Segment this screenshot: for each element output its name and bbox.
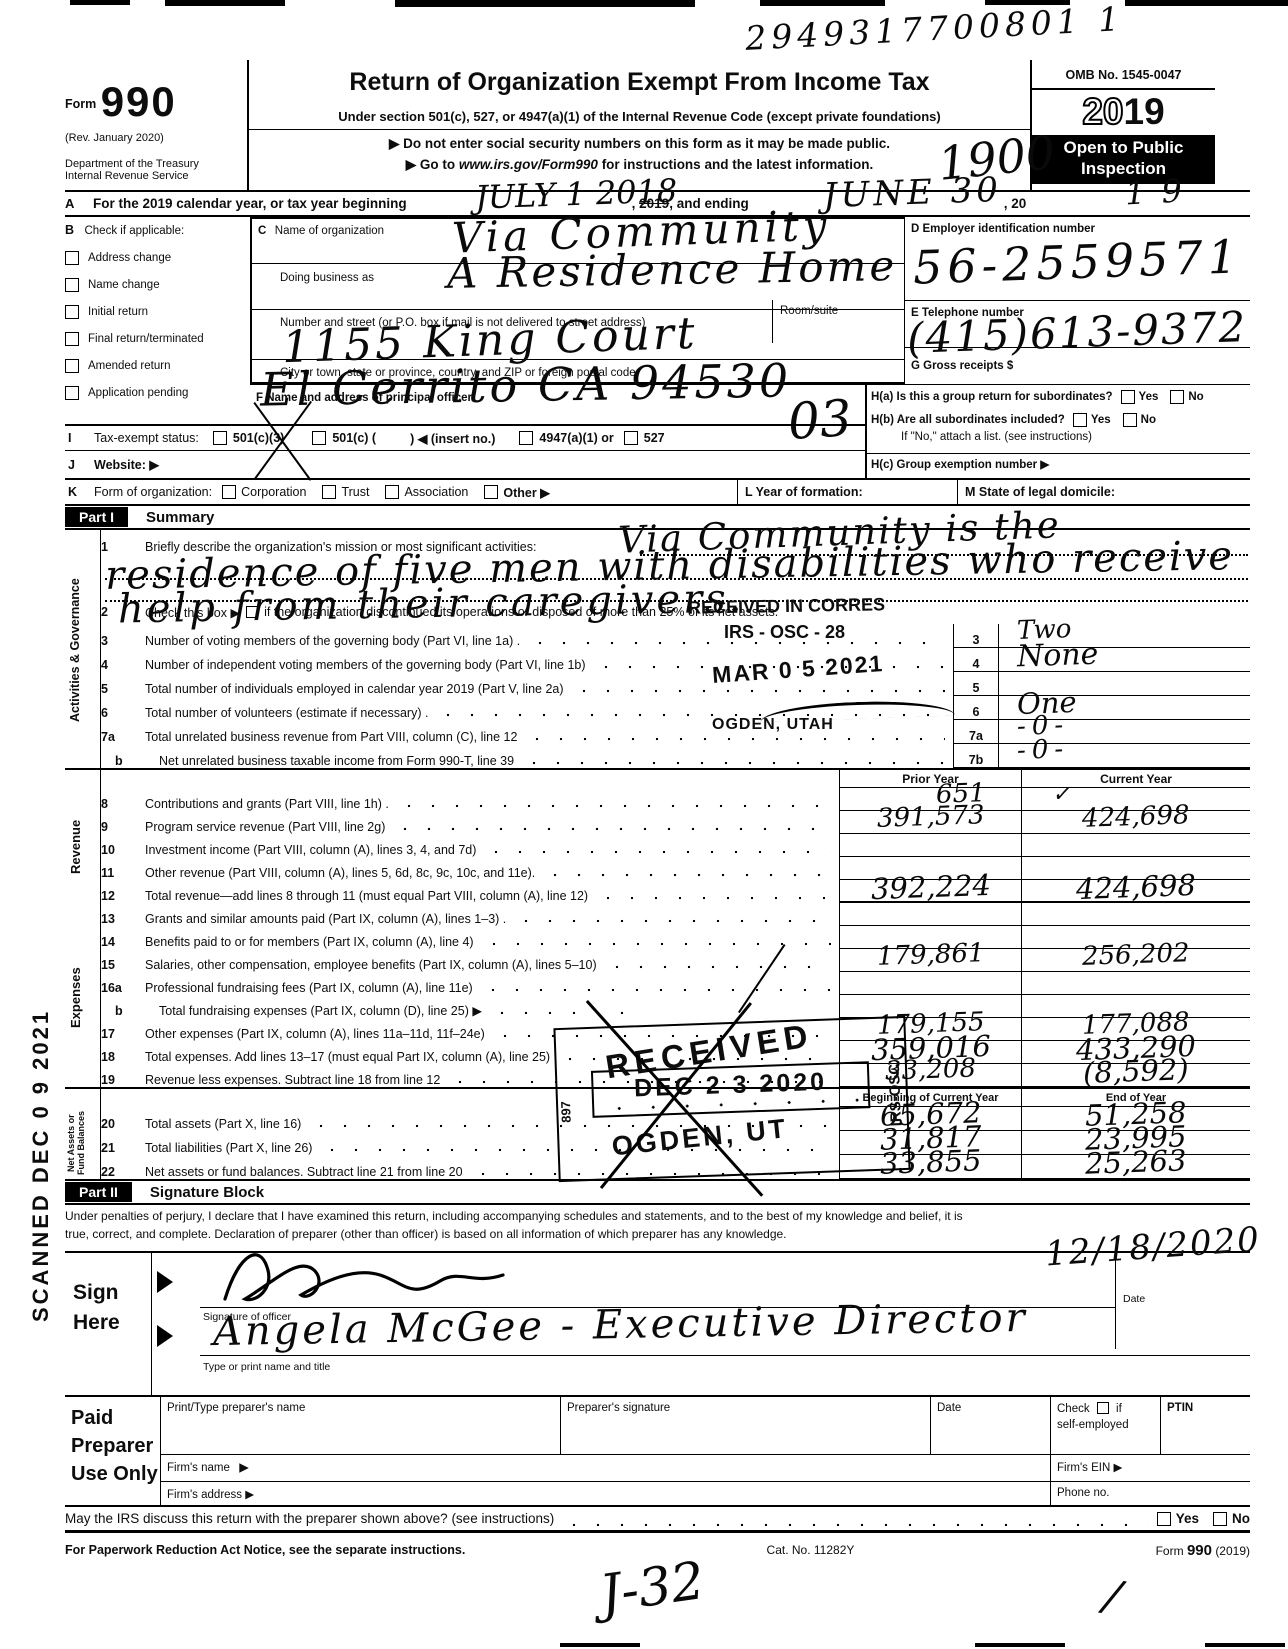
line19-current: (8,592): [1021, 1064, 1250, 1087]
use-only-label: Use Only: [71, 1463, 158, 1486]
money-header: Prior Year Current Year: [65, 768, 1250, 788]
officer-date-label: Date: [1123, 1293, 1145, 1305]
room-suite-divider: [772, 300, 773, 343]
paid-label: Paid: [71, 1407, 113, 1430]
preparer-signature-label: Preparer's signature: [567, 1402, 670, 1414]
org-name-label: Name of organization: [275, 225, 384, 237]
dba-cell: Doing business as A Residence Home: [252, 264, 904, 310]
divider: [160, 1397, 161, 1507]
handwritten-tax-year-yy: 1 9: [1124, 174, 1185, 209]
paperwork-notice: For Paperwork Reduction Act Notice, see …: [65, 1543, 465, 1557]
firm-address-label: Firm's address ▶: [167, 1487, 254, 1501]
year-outline: 20: [1082, 91, 1123, 132]
form-subtitle: Under section 501(c), 527, or 4947(a)(1)…: [249, 109, 1030, 130]
line12-prior: 392,224: [839, 880, 1021, 903]
final-return-checkbox[interactable]: [65, 332, 79, 346]
phone-no-label: Phone no.: [1057, 1487, 1109, 1499]
corporation-checkbox[interactable]: [222, 485, 236, 499]
divider: [1160, 1397, 1161, 1454]
line22-end: 25,263: [1021, 1155, 1250, 1179]
phone-value: (415)613-9372: [906, 306, 1247, 360]
line15-prior: 179,861: [839, 949, 1021, 972]
cat-number: Cat. No. 11282Y: [767, 1543, 855, 1557]
may-irs-row: May the IRS discuss this return with the…: [65, 1505, 1250, 1533]
name-change-checkbox[interactable]: [65, 278, 79, 292]
check-self-employed: Check if self-employed: [1057, 1402, 1129, 1431]
divider: [1050, 1397, 1051, 1454]
hb-row: H(b) Are all subordinates included? Yes …: [867, 409, 1250, 431]
officer-name-handwriting: Angela McGee - Executive Director: [213, 1298, 1028, 1352]
section-b: B Check if applicable: Address change Na…: [65, 217, 250, 424]
tax-exempt-label: Tax-exempt status:: [94, 431, 199, 445]
ein-cell: D Employer identification number 56-2559…: [905, 217, 1250, 301]
website-row: J Website: ▶: [65, 450, 865, 478]
part2-tag: Part II: [65, 1182, 132, 1202]
part2-title: Signature Block: [150, 1184, 264, 1201]
year-of-formation-label: L Year of formation:: [745, 485, 863, 499]
line9-prior: 391,573: [839, 811, 1021, 834]
corres-stamp-line1: RECEIVED IN CORRES: [688, 594, 885, 618]
here-label: Here: [73, 1311, 120, 1335]
name-title-line[interactable]: [200, 1355, 1250, 1356]
firm-ein-label: Firm's EIN ▶: [1057, 1460, 1122, 1474]
divider: [560, 1397, 561, 1454]
scan-mark: [975, 1643, 1065, 1647]
line12-current: 424,698: [1021, 880, 1250, 903]
preparer-name-label: Print/Type preparer's name: [167, 1402, 305, 1414]
principal-officer-label: F Name and address of principal officer:: [256, 392, 476, 404]
officer-signature: [205, 1241, 525, 1309]
line9-current: 424,698: [1021, 811, 1250, 834]
h-box: H(a) Is this a group return for subordin…: [865, 384, 1250, 478]
part1-tag: Part I: [65, 507, 128, 527]
527-checkbox[interactable]: [624, 431, 638, 445]
summary-line-16b: bTotal fundraising expenses (Part IX, co…: [65, 995, 1250, 1018]
form-footer-id: Form 990 (2019): [1156, 1542, 1250, 1559]
ha-row: H(a) Is this a group return for subordin…: [867, 385, 1250, 409]
divider: [737, 480, 738, 506]
header-right: OMB No. 1545-0047 2019 Open to PublicIns…: [1032, 60, 1215, 190]
hb-no-checkbox[interactable]: [1123, 413, 1137, 427]
hc-label: H(c) Group exemption number ▶: [867, 453, 1250, 481]
arrow-icon: [157, 1325, 173, 1347]
summary-line-13: 13Grants and similar amounts paid (Part …: [65, 903, 1250, 926]
handwritten-j32: J-32: [597, 1555, 708, 1621]
corres-stamp-line2: IRS - OSC - 28: [724, 622, 845, 643]
summary-line-6: 6Total number of volunteers (estimate if…: [65, 696, 1250, 720]
ha-no-checkbox[interactable]: [1170, 390, 1184, 404]
ptin-label: PTIN: [1167, 1402, 1193, 1414]
prior-year-header: Prior Year: [839, 770, 1021, 788]
handwritten-tax-year-end: JUNE 30: [822, 173, 1002, 213]
phone-cell: E Telephone number (415)613-9372: [905, 301, 1250, 348]
received-stamp-irs-osc: IRS-OSC: [885, 1040, 906, 1151]
part1-title: Summary: [146, 509, 214, 526]
line7b-value: -0-: [999, 744, 1250, 768]
form-revision: (Rev. January 2020): [65, 132, 247, 144]
line-a-letter: A: [65, 196, 93, 211]
dba-label: Doing business as: [280, 272, 374, 284]
checkbox-row-final-return: Final return/terminated: [65, 332, 250, 346]
checkbox-row-application-pending: Application pending: [65, 386, 250, 400]
preparer-label: Preparer: [71, 1435, 153, 1458]
org-form-row: K Form of organization: Corporation Trus…: [65, 478, 1250, 504]
summary-line-12: 12Total revenue—add lines 8 through 11 (…: [65, 880, 1250, 903]
dept-treasury: Department of the Treasury: [65, 158, 247, 170]
header-center: Return of Organization Exempt From Incom…: [247, 60, 1032, 190]
association-checkbox[interactable]: [385, 485, 399, 499]
go-to-instructions: ▶ Go to www.irs.gov/Form990 for instruct…: [249, 157, 1030, 173]
summary-line-8: 8Contributions and grants (Part VIII, li…: [65, 788, 1250, 811]
room-suite-label: Room/suite: [780, 305, 838, 317]
state-domicile-label: M State of legal domicile:: [965, 485, 1115, 499]
line-a-text: For the 2019 calendar year, or tax year …: [93, 196, 407, 211]
line4-value: None: [999, 648, 1250, 672]
ein-value: 56-2559571: [912, 233, 1242, 290]
scan-mark: [1205, 1643, 1285, 1647]
divider: [151, 1253, 152, 1397]
hb-label: H(b) Are all subordinates included?: [871, 414, 1065, 426]
checkbox-row-address-change: Address change: [65, 251, 250, 265]
irs-label: Internal Revenue Service: [65, 170, 247, 182]
part2-bar: Part II Signature Block: [65, 1179, 1250, 1205]
section-deg: D Employer identification number 56-2559…: [905, 217, 1250, 384]
summary-line-15: 15Salaries, other compensation, employee…: [65, 949, 1250, 972]
trust-checkbox[interactable]: [322, 485, 336, 499]
4947a1-checkbox[interactable]: [519, 431, 533, 445]
self-employed-checkbox[interactable]: [1097, 1402, 1109, 1414]
year-bold: 19: [1124, 91, 1165, 132]
summary-line-4: 4Number of independent voting members of…: [65, 648, 1250, 672]
501c3-checkbox[interactable]: [213, 431, 227, 445]
preparer-date-label: Date: [937, 1402, 961, 1414]
received-stamp-897: 897: [557, 1082, 574, 1142]
divider: [957, 480, 958, 506]
ein-label: D Employer identification number: [911, 223, 1095, 235]
org-form-label: Form of organization:: [94, 485, 212, 499]
summary-line-7b: bNet unrelated business taxable income f…: [65, 744, 1250, 768]
street-cell: Number and street (or P.O. box if mail i…: [252, 310, 904, 360]
firm-name-label: Firm's name ▶: [167, 1460, 248, 1474]
section-b-label: Check if applicable:: [84, 225, 184, 237]
summary-line-9: 9Program service revenue (Part VIII, lin…: [65, 811, 1250, 834]
handwritten-dln-code: 2949317700801 1: [744, 2, 1125, 55]
sign-label: Sign: [73, 1281, 119, 1305]
line-a-year-pre: , 20: [1004, 196, 1027, 211]
501c-checkbox[interactable]: [312, 431, 326, 445]
preparer-block: Paid Preparer Use Only Print/Type prepar…: [65, 1395, 1250, 1505]
summary-line-11: 11Other revenue (Part VIII, column (A), …: [65, 857, 1250, 880]
scan-mark: [760, 0, 885, 6]
mission-handwriting-3: help from their caregivers.: [118, 579, 745, 630]
scanned-stamp: SCANNED DEC 0 9 2021: [28, 985, 54, 1345]
section-b-letter: B: [65, 223, 74, 237]
summary-line-14: 14Benefits paid to or for members (Part …: [65, 926, 1250, 949]
tax-exempt-row: I Tax-exempt status: 501(c)(3) 501(c) ( …: [65, 424, 865, 450]
form-990-page: 2949317700801 1 Form 990 (Rev. January 2…: [0, 0, 1288, 1649]
omb-number: OMB No. 1545-0047: [1032, 60, 1215, 90]
scan-mark: [395, 0, 695, 7]
amended-return-checkbox[interactable]: [65, 359, 79, 373]
tax-year: 2019: [1032, 90, 1215, 135]
header-left: Form 990 (Rev. January 2020) Department …: [65, 60, 247, 190]
handwritten-tick: /: [1101, 1574, 1125, 1620]
divider: [1050, 1481, 1250, 1482]
initial-return-checkbox[interactable]: [65, 305, 79, 319]
summary-line-16a: 16aProfessional fundraising fees (Part I…: [65, 972, 1250, 995]
checkbox-row-amended-return: Amended return: [65, 359, 250, 373]
discuss-yes-checkbox[interactable]: [1157, 1512, 1171, 1526]
divider: [930, 1397, 931, 1454]
hb-note: If "No," attach a list. (see instruction…: [867, 431, 1250, 453]
type-print-label: Type or print name and title: [203, 1361, 330, 1373]
section-c: C Name of organization Via Community Doi…: [250, 217, 905, 384]
address-change-checkbox[interactable]: [65, 251, 79, 265]
received-stamp: RECEIVED DEC 2 3 2020 OGDEN, UT IRS-OSC …: [553, 1016, 910, 1182]
irs-url: www.irs.gov/Form990: [459, 157, 598, 172]
website-label: Website: ▶: [94, 457, 159, 472]
ha-yes-checkbox[interactable]: [1121, 390, 1135, 404]
arrow-icon: [157, 1271, 173, 1293]
ssn-warning: ▶ Do not enter social security numbers o…: [249, 136, 1030, 152]
scan-mark: [1125, 0, 1288, 6]
hb-yes-checkbox[interactable]: [1073, 413, 1087, 427]
line15-current: 256,202: [1021, 949, 1250, 972]
scan-mark: [70, 0, 130, 5]
checkbox-row-name-change: Name change: [65, 278, 250, 292]
divider: [160, 1481, 1050, 1482]
scan-mark: [165, 0, 285, 6]
dba-value: A Residence Home: [447, 245, 898, 295]
divider: [160, 1454, 1250, 1455]
form-word: Form: [65, 97, 96, 111]
principal-officer-cell: F Name and address of principal officer:: [250, 384, 865, 424]
summary-line-7a: 7aTotal unrelated business revenue from …: [65, 720, 1250, 744]
application-pending-checkbox[interactable]: [65, 386, 79, 400]
may-irs-text: May the IRS discuss this return with the…: [65, 1511, 554, 1526]
checkbox-row-initial-return: Initial return: [65, 305, 250, 319]
form-number: 990: [101, 78, 177, 125]
ha-label: H(a) Is this a group return for subordin…: [871, 391, 1113, 403]
summary-line-10: 10Investment income (Part VIII, column (…: [65, 834, 1250, 857]
scan-mark: [560, 1643, 640, 1647]
form-title: Return of Organization Exempt From Incom…: [249, 68, 1030, 97]
discuss-no-checkbox[interactable]: [1213, 1512, 1227, 1526]
other-checkbox[interactable]: [484, 485, 498, 499]
